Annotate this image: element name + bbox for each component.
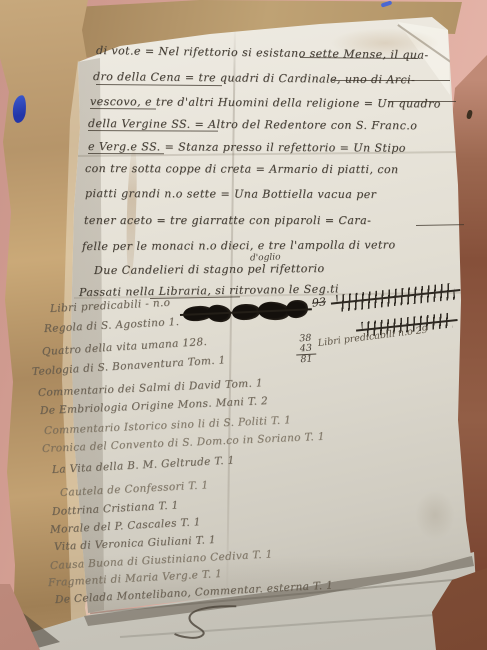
sum-column: 38 43 81 [295, 333, 317, 365]
paper-smudge [415, 490, 455, 540]
manuscript-photo: di vot.e = Nel rifettorio si esistano se… [0, 0, 487, 650]
handwritten-line: con tre sotta coppe di creta = Armario d… [85, 162, 399, 176]
ink-underline [332, 80, 450, 81]
inserted-word: d'oglio [250, 252, 281, 263]
handwritten-line: tener aceto = tre giarratte con piparoli… [84, 214, 371, 227]
struck-number: 93 [311, 295, 326, 309]
handwritten-line: felle per le monaci n.o dieci, e tre l'a… [82, 238, 396, 253]
handwritten-line: Due Candelieri di stagno pel rifettorio [94, 262, 325, 277]
handwritten-line: piatti grandi n.o sette = Una Bottiella … [85, 187, 376, 201]
ink-underline [88, 153, 164, 155]
sum-total: 81 [296, 354, 316, 365]
ink-underline [388, 101, 456, 102]
